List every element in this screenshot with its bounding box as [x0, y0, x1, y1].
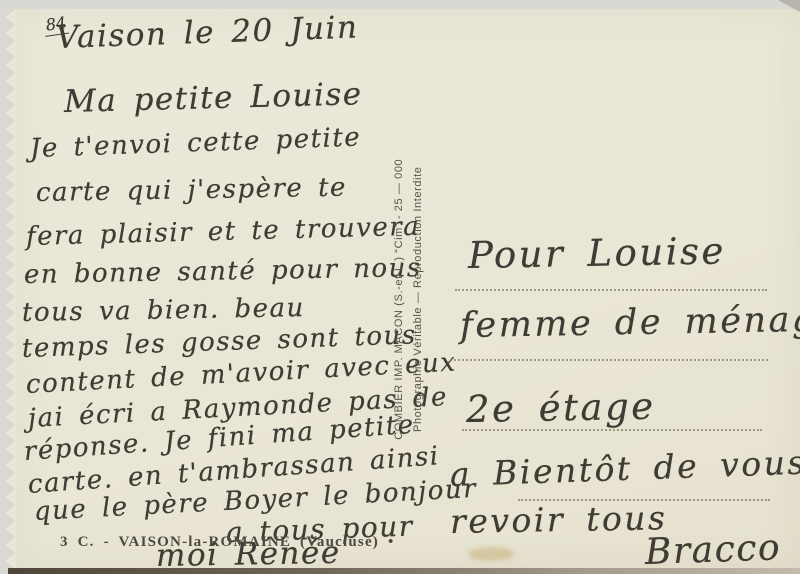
publisher-imprint-line2: Photographie Véritable — Reproduction In…	[409, 89, 428, 509]
ink-smudge	[468, 547, 514, 561]
deckle-edge	[2, 9, 16, 569]
address-line: 2e étage	[466, 385, 656, 431]
address-rule	[450, 359, 768, 361]
signature-bracco: Bracco	[644, 527, 781, 573]
publisher-imprint-line1: COMBIER IMP. MACON (S.-et-L.) “Cim” - 25…	[390, 89, 409, 509]
publisher-imprint: COMBIER IMP. MACON (S.-et-L.) “Cim” - 25…	[390, 89, 429, 509]
photo-caption: 3 C. - VAISON-la-ROMAINE (Vaucluse) •	[60, 534, 394, 551]
address-rule	[455, 289, 767, 291]
address-line: femme de ménage	[460, 299, 800, 346]
message-line: carte qui j'espère te	[36, 173, 347, 208]
message-line: tous va bien. beau	[22, 293, 305, 328]
address-line: revoir tous	[450, 498, 668, 541]
scan-edge-shadow	[8, 568, 800, 574]
scanned-postcard-back: 84 Vaison le 20 Juin Ma petite Louise Je…	[0, 0, 800, 574]
address-line: Pour Louise	[468, 230, 727, 277]
